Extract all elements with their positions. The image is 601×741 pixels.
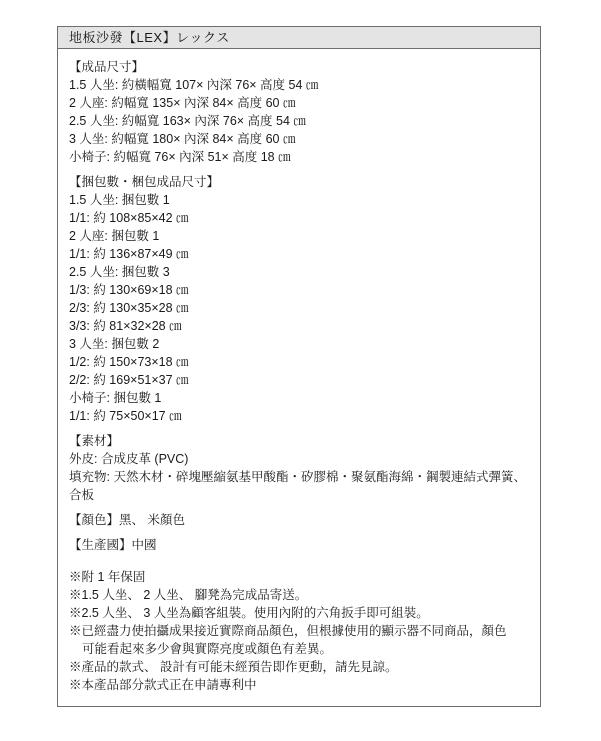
section-material: 【素材】 外皮: 合成皮革 (PVC) 填充物: 天然木材・碎塊壓縮氨基甲酸酯・… [69, 432, 529, 504]
spec-line: 2.5 人坐: 約幅寬 163× 內深 76× 高度 54 ㎝ [69, 112, 529, 130]
note-line: ※附 1 年保固 [69, 568, 529, 586]
spec-line: 3 人坐: 捆包數 2 [69, 335, 529, 353]
spec-line: 1.5 人坐: 捆包數 1 [69, 191, 529, 209]
spec-line: 1/2: 約 150×73×18 ㎝ [69, 353, 529, 371]
spec-line: 1/1: 約 136×87×49 ㎝ [69, 245, 529, 263]
spec-line: 2/3: 約 130×35×28 ㎝ [69, 299, 529, 317]
note-line: ※本產品部分款式正在申請專利中 [69, 676, 529, 694]
material-header: 【素材】 [69, 432, 529, 450]
section-packaging: 【捆包數・梱包成品尺寸】 1.5 人坐: 捆包數 1 1/1: 約 108×85… [69, 173, 529, 425]
spec-panel: 地板沙發【LEX】レックス 【成品尺寸】 1.5 人坐: 約橫幅寬 107× 內… [57, 26, 541, 707]
spec-line: 1.5 人坐: 約橫幅寬 107× 內深 76× 高度 54 ㎝ [69, 76, 529, 94]
color-line: 【顏色】黑、 米顏色 [69, 511, 529, 529]
spec-line: 1/1: 約 75×50×17 ㎝ [69, 407, 529, 425]
country-line: 【生產國】中國 [69, 536, 529, 554]
panel-content: 【成品尺寸】 1.5 人坐: 約橫幅寬 107× 內深 76× 高度 54 ㎝ … [58, 49, 540, 706]
packaging-header: 【捆包數・梱包成品尺寸】 [69, 173, 529, 191]
spec-line: 小椅子: 捆包數 1 [69, 389, 529, 407]
section-notes: ※附 1 年保固 ※1.5 人坐、 2 人坐、 腳凳為完成品寄送。 ※2.5 人… [69, 568, 529, 694]
spec-line: 2.5 人坐: 捆包數 3 [69, 263, 529, 281]
panel-title-bar: 地板沙發【LEX】レックス [58, 27, 540, 49]
note-line-continuation: 可能看起來多少會與實際亮度或顏色有差異。 [69, 640, 529, 658]
section-finished-size: 【成品尺寸】 1.5 人坐: 約橫幅寬 107× 內深 76× 高度 54 ㎝ … [69, 58, 529, 166]
spec-line: 2/2: 約 169×51×37 ㎝ [69, 371, 529, 389]
note-line: ※1.5 人坐、 2 人坐、 腳凳為完成品寄送。 [69, 586, 529, 604]
panel-title: 地板沙發【LEX】レックス [69, 30, 230, 45]
spec-line: 2 人座: 約幅寬 135× 內深 84× 高度 60 ㎝ [69, 94, 529, 112]
spec-line: 小椅子: 約幅寬 76× 內深 51× 高度 18 ㎝ [69, 148, 529, 166]
note-line: ※2.5 人坐、 3 人坐為顧客組裝。使用內附的六角扳手即可組裝。 [69, 604, 529, 622]
note-line: ※已經盡力使拍攝成果接近實際商品顏色，但根據使用的顯示器不同商品，顏色 [69, 622, 529, 640]
spec-line: 3 人坐: 約幅寬 180× 內深 84× 高度 60 ㎝ [69, 130, 529, 148]
spec-line: 外皮: 合成皮革 (PVC) [69, 450, 529, 468]
spec-line: 3/3: 約 81×32×28 ㎝ [69, 317, 529, 335]
finished-size-header: 【成品尺寸】 [69, 58, 529, 76]
spec-line: 1/3: 約 130×69×18 ㎝ [69, 281, 529, 299]
note-line: ※產品的款式、 設計有可能未經預告即作更動，請先見諒。 [69, 658, 529, 676]
spec-line: 1/1: 約 108×85×42 ㎝ [69, 209, 529, 227]
spec-line: 合板 [69, 486, 529, 504]
spec-line: 填充物: 天然木材・碎塊壓縮氨基甲酸酯・矽膠棉・聚氨酯海綿・鋼製連結式彈簧、 [69, 468, 529, 486]
spec-line: 2 人座: 捆包數 1 [69, 227, 529, 245]
